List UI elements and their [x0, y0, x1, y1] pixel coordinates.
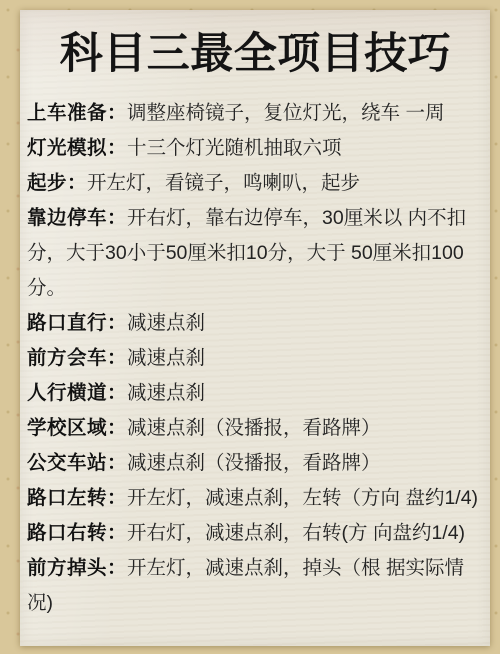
tip-colon: ：	[107, 207, 127, 229]
tip-item: 公交车站：减速点刹（没播报，看路牌）	[27, 446, 484, 481]
tip-label: 靠边停车	[27, 207, 107, 229]
tip-colon: ：	[107, 137, 127, 159]
tip-colon: ：	[107, 102, 127, 124]
tip-label: 路口右转	[27, 522, 107, 544]
tip-colon: ：	[107, 382, 127, 404]
tip-text: 减速点刹（没播报，看路牌）	[127, 452, 381, 474]
tip-item: 上车准备：调整座椅镜子，复位灯光，绕车 一周	[27, 96, 484, 131]
tip-label: 路口直行	[27, 312, 107, 334]
tip-text: 减速点刹（没播报，看路牌）	[127, 417, 381, 439]
tip-colon: ：	[107, 452, 127, 474]
tip-colon: ：	[107, 522, 127, 544]
tip-item: 路口左转：开左灯，减速点刹，左转（方向 盘约1/4)	[27, 481, 484, 516]
tip-item: 前方掉头：开左灯，减速点刹，掉头（根 据实际情况)	[27, 551, 484, 621]
tip-colon: ：	[107, 417, 127, 439]
paper-note: 科目三最全项目技巧 上车准备：调整座椅镜子，复位灯光，绕车 一周 灯光模拟：十三…	[20, 10, 490, 646]
tip-item: 靠边停车：开右灯，靠右边停车，30厘米以 内不扣分，大于30小于50厘米扣10分…	[27, 201, 484, 306]
poster-background: 科目三最全项目技巧 上车准备：调整座椅镜子，复位灯光，绕车 一周 灯光模拟：十三…	[0, 0, 500, 654]
tip-text: 开右灯，减速点刹，右转(方 向盘约1/4)	[127, 522, 465, 544]
tip-text: 开左灯，看镜子，鸣喇叭，起步	[87, 172, 360, 194]
tip-text: 十三个灯光随机抽取六项	[127, 137, 342, 159]
tip-text: 减速点刹	[127, 382, 205, 404]
tip-text: 减速点刹	[127, 347, 205, 369]
tip-label: 上车准备	[27, 102, 107, 124]
tip-label: 人行横道	[27, 382, 107, 404]
tip-item: 前方会车：减速点刹	[27, 341, 484, 376]
tip-label: 灯光模拟	[27, 137, 107, 159]
tip-item: 路口右转：开右灯，减速点刹，右转(方 向盘约1/4)	[27, 516, 484, 551]
tip-label: 起步	[27, 172, 67, 194]
tip-item: 路口直行：减速点刹	[27, 306, 484, 341]
tip-colon: ：	[67, 172, 87, 194]
tip-text: 调整座椅镜子，复位灯光，绕车 一周	[127, 102, 444, 124]
poster-title: 科目三最全项目技巧	[27, 20, 484, 80]
tip-item: 灯光模拟：十三个灯光随机抽取六项	[27, 131, 484, 166]
tip-colon: ：	[107, 312, 127, 334]
tip-text: 减速点刹	[127, 312, 205, 334]
tip-colon: ：	[107, 347, 127, 369]
tip-text: 开左灯，减速点刹，左转（方向 盘约1/4)	[127, 487, 478, 509]
tip-label: 前方掉头	[27, 557, 107, 579]
tip-label: 路口左转	[27, 487, 107, 509]
tip-item: 起步：开左灯，看镜子，鸣喇叭，起步	[27, 166, 484, 201]
tips-list: 上车准备：调整座椅镜子，复位灯光，绕车 一周 灯光模拟：十三个灯光随机抽取六项 …	[27, 96, 484, 621]
tip-colon: ：	[107, 557, 127, 579]
tip-label: 公交车站	[27, 452, 107, 474]
tip-item: 人行横道：减速点刹	[27, 376, 484, 411]
tip-label: 前方会车	[27, 347, 107, 369]
tip-colon: ：	[107, 487, 127, 509]
tip-label: 学校区域	[27, 417, 107, 439]
tip-item: 学校区域：减速点刹（没播报，看路牌）	[27, 411, 484, 446]
